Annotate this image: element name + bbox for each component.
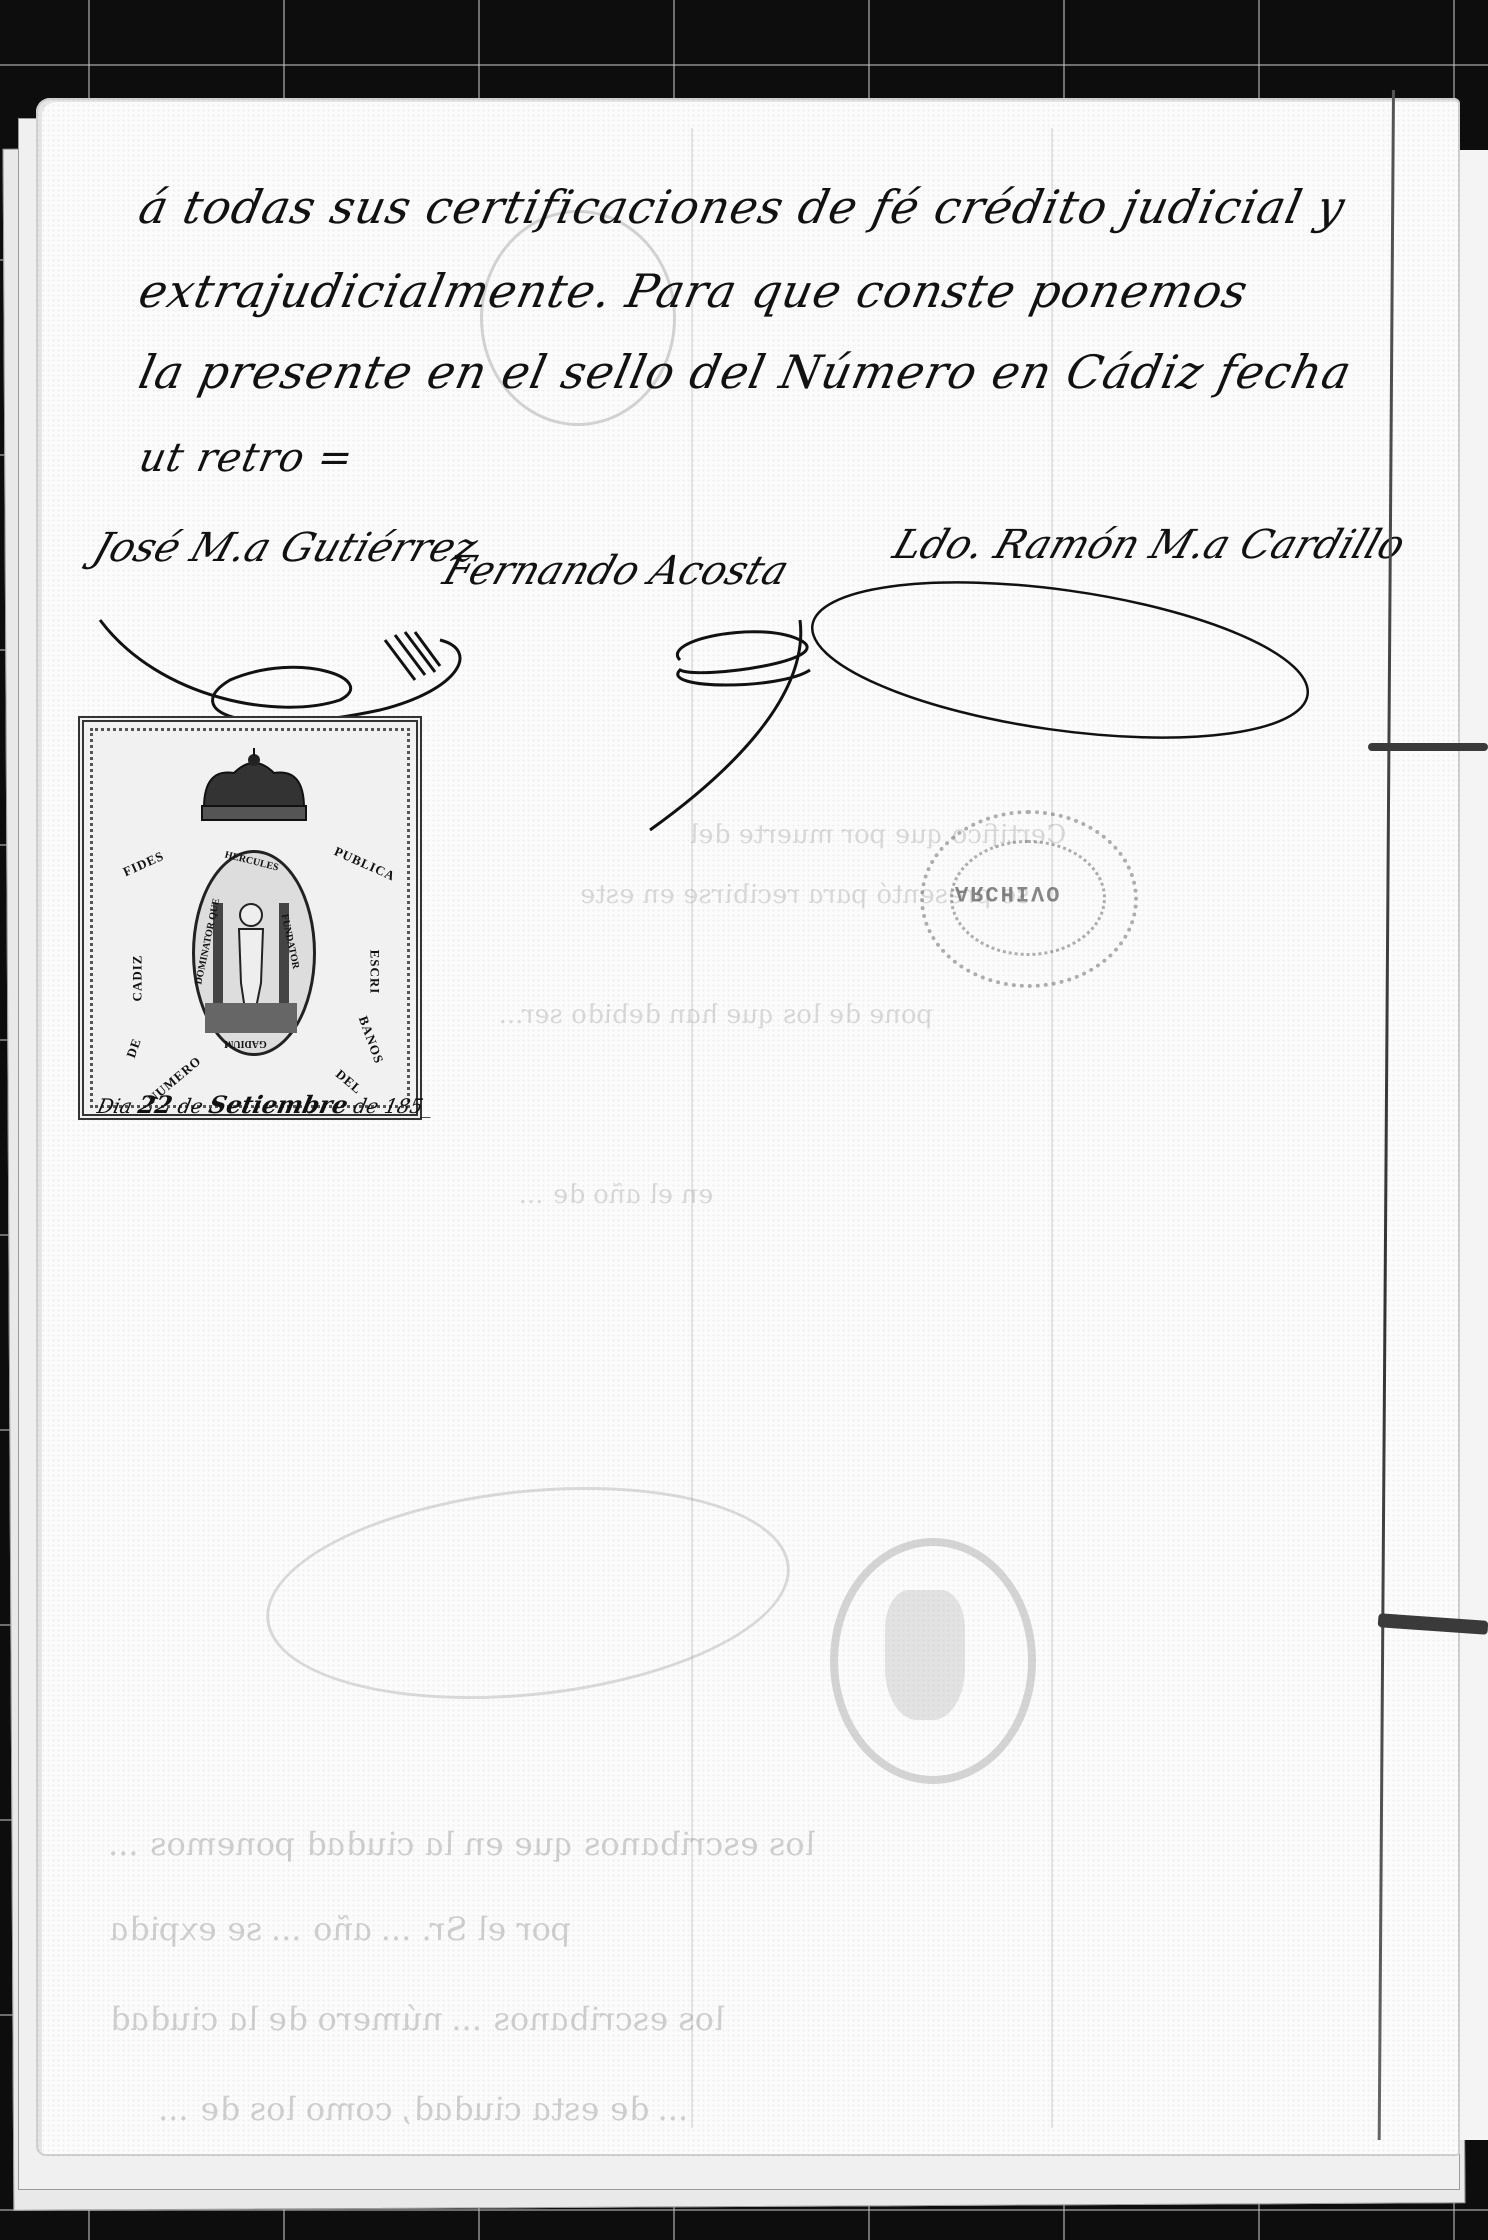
bleed-through-line: por el Sr. ... año ... se expida [106, 1910, 576, 1948]
ribbon-text: CADIZ [129, 955, 145, 1002]
date-month: Setiembre [206, 1090, 350, 1119]
signature-cardillo: Ldo. Ramón M.a Cardillo [888, 522, 1411, 568]
binding-thread [1368, 743, 1488, 751]
bleed-through-line: Certifico que por muerte del [687, 820, 1069, 850]
date-prefix: Dia [95, 1094, 134, 1118]
stamp-date: Dia 22 de Setiembre de 185_ [95, 1090, 436, 1119]
bleed-through-line: pone de los que han debido ser... [497, 1000, 937, 1030]
bleed-through-line: los escribanos ... número de la ciudad [106, 2000, 729, 2038]
crown-icon [194, 748, 314, 828]
bleed-through-line: ... de esta ciudad, como los de ... [156, 2090, 694, 2128]
body-line: á todas sus certificaciones de fé crédit… [134, 180, 1350, 234]
body-line: extrajudicialmente. Para que conste pone… [134, 264, 1253, 318]
date-mid: de [176, 1094, 206, 1118]
signature-acosta: Fernando Acosta [438, 548, 795, 594]
date-year: de 185_ [351, 1094, 435, 1118]
oval-text: GADIUM [224, 1038, 267, 1049]
date-day: 22 [136, 1090, 176, 1119]
body-line: ut retro = [135, 435, 358, 481]
bleed-through-line: en el año de ... [517, 1180, 717, 1210]
bleed-through-line: los escribanos que en la ciudad ponemos … [106, 1825, 819, 1863]
body-line: la presente en el sello del Número en Cá… [134, 345, 1356, 399]
bleed-through-line: se presentó para recibirse en este [577, 880, 1033, 910]
revenue-stamp: FIDES PUBLICA CADIZ ESCRI DE BANOS NUMER… [78, 716, 422, 1120]
signature-gutierrez: José M.a Gutiérrez [88, 525, 483, 571]
fold-crease [1051, 128, 1053, 2128]
crest-stamp-emblem [885, 1590, 965, 1720]
ribbon-text: ESCRI [366, 950, 382, 995]
